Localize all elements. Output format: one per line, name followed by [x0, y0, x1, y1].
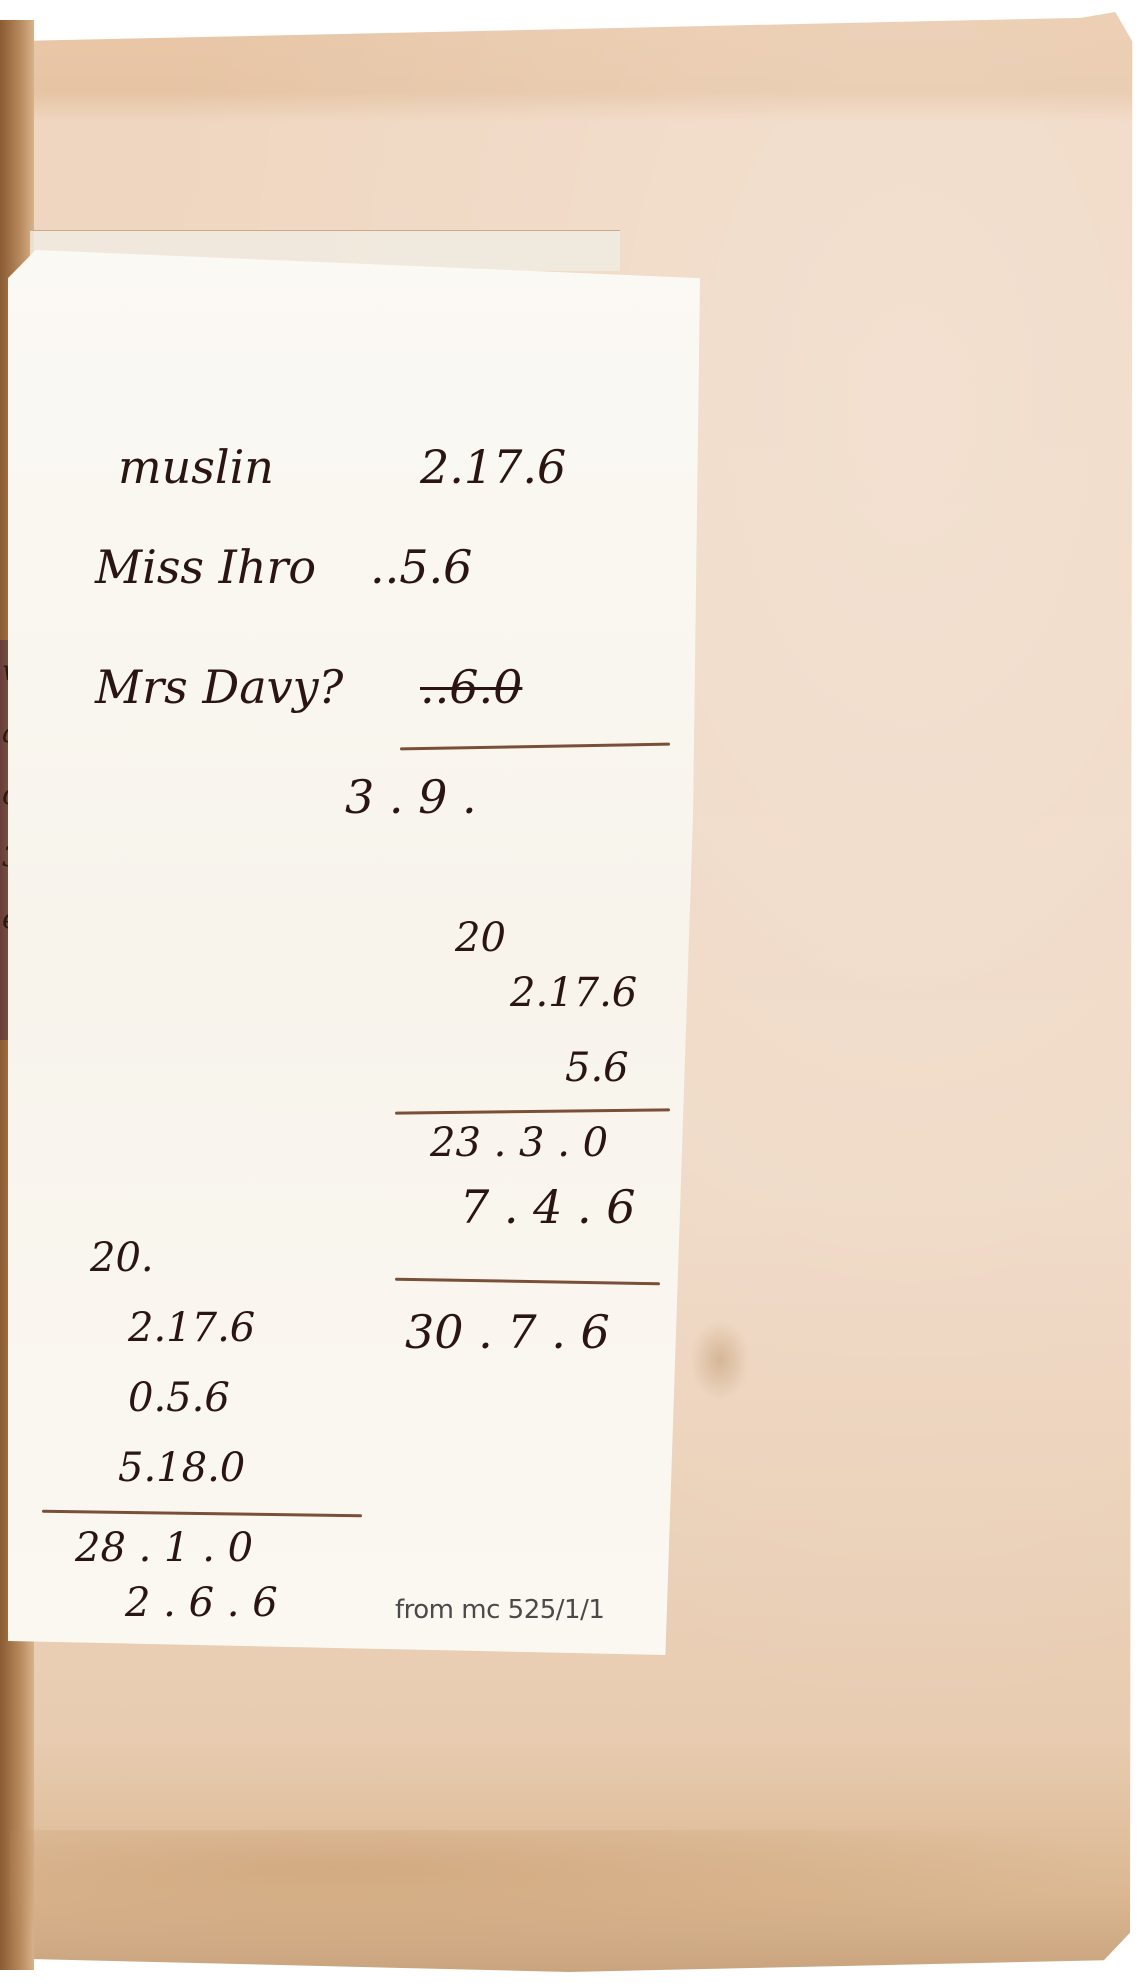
left-extra: 2 . 6 . 6 [125, 1580, 278, 1626]
right-add: 7 . 4 . 6 [460, 1180, 636, 1234]
right-line-2-17-6: 2.17.6 [510, 970, 637, 1016]
entry-label-miss-ihro: Miss Ihro [95, 540, 316, 594]
entry-amount-muslin: 2.17.6 [420, 440, 566, 494]
entry-amount-miss-ihro: ..5.6 [370, 540, 472, 594]
right-grand-total: 30 . 7 . 6 [405, 1305, 610, 1359]
entry-amount-mrs-davy-struck: ..6.0 [420, 660, 522, 714]
left-line-0-5-6: 0.5.6 [128, 1375, 230, 1421]
archival-reference-note: from mc 525/1/1 [395, 1595, 604, 1625]
entry-label-mrs-davy: Mrs Davy? [95, 660, 343, 714]
water-stain [10, 1830, 1120, 1950]
right-line-20: 20 [455, 915, 506, 961]
left-line-2-17-6: 2.17.6 [128, 1305, 255, 1351]
entry-label-muslin: muslin [118, 440, 274, 494]
account-slip [8, 250, 700, 1655]
foxing-stain [690, 1320, 750, 1400]
right-total: 23 . 3 . 0 [430, 1120, 608, 1166]
right-line-5-6: 5.6 [565, 1045, 629, 1091]
subtotal-1: 3 . 9 . [345, 770, 477, 824]
left-total: 28 . 1 . 0 [75, 1525, 253, 1571]
left-line-20: 20. [90, 1235, 154, 1281]
left-line-5-18-0: 5.18.0 [118, 1445, 245, 1491]
